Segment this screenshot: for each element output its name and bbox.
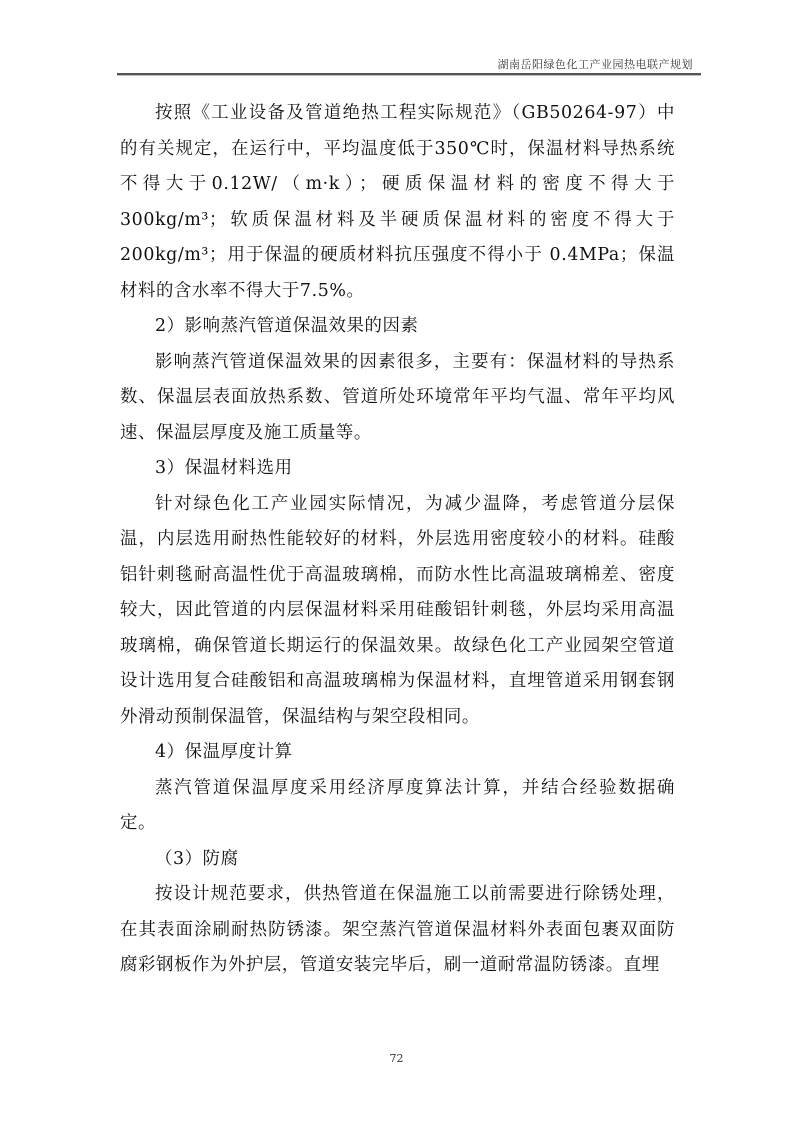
subheading-material-selection: 3）保温材料选用: [120, 451, 675, 487]
subheading-factors: 2）影响蒸汽管道保温效果的因素: [120, 309, 675, 345]
section-heading-anticorrosion: （3）防腐: [120, 842, 675, 878]
header-divider: [117, 73, 701, 76]
paragraph-factors: 影响蒸汽管道保温效果的因素很多，主要有：保温材料的导热系数、保温层表面放热系数、…: [120, 345, 675, 452]
paragraph-thickness: 蒸汽管道保温厚度采用经济厚度算法计算，并结合经验数据确定。: [120, 771, 675, 842]
paragraph-material-selection: 针对绿色化工产业园实际情况，为减少温降，考虑管道分层保温，内层选用耐热性能较好的…: [120, 487, 675, 736]
running-header: 湖南岳阳绿色化工产业园热电联产规划: [498, 56, 694, 72]
paragraph-standards: 按照《工业设备及管道绝热工程实际规范》（GB50264-97）中的有关规定，在运…: [120, 96, 675, 309]
paragraph-anticorrosion: 按设计规范要求，供热管道在保温施工以前需要进行除锈处理，在其表面涂刷耐热防锈漆。…: [120, 877, 675, 984]
subheading-thickness: 4）保温厚度计算: [120, 735, 675, 771]
page-body: 按照《工业设备及管道绝热工程实际规范》（GB50264-97）中的有关规定，在运…: [120, 96, 675, 984]
page-number: 72: [0, 1052, 793, 1065]
